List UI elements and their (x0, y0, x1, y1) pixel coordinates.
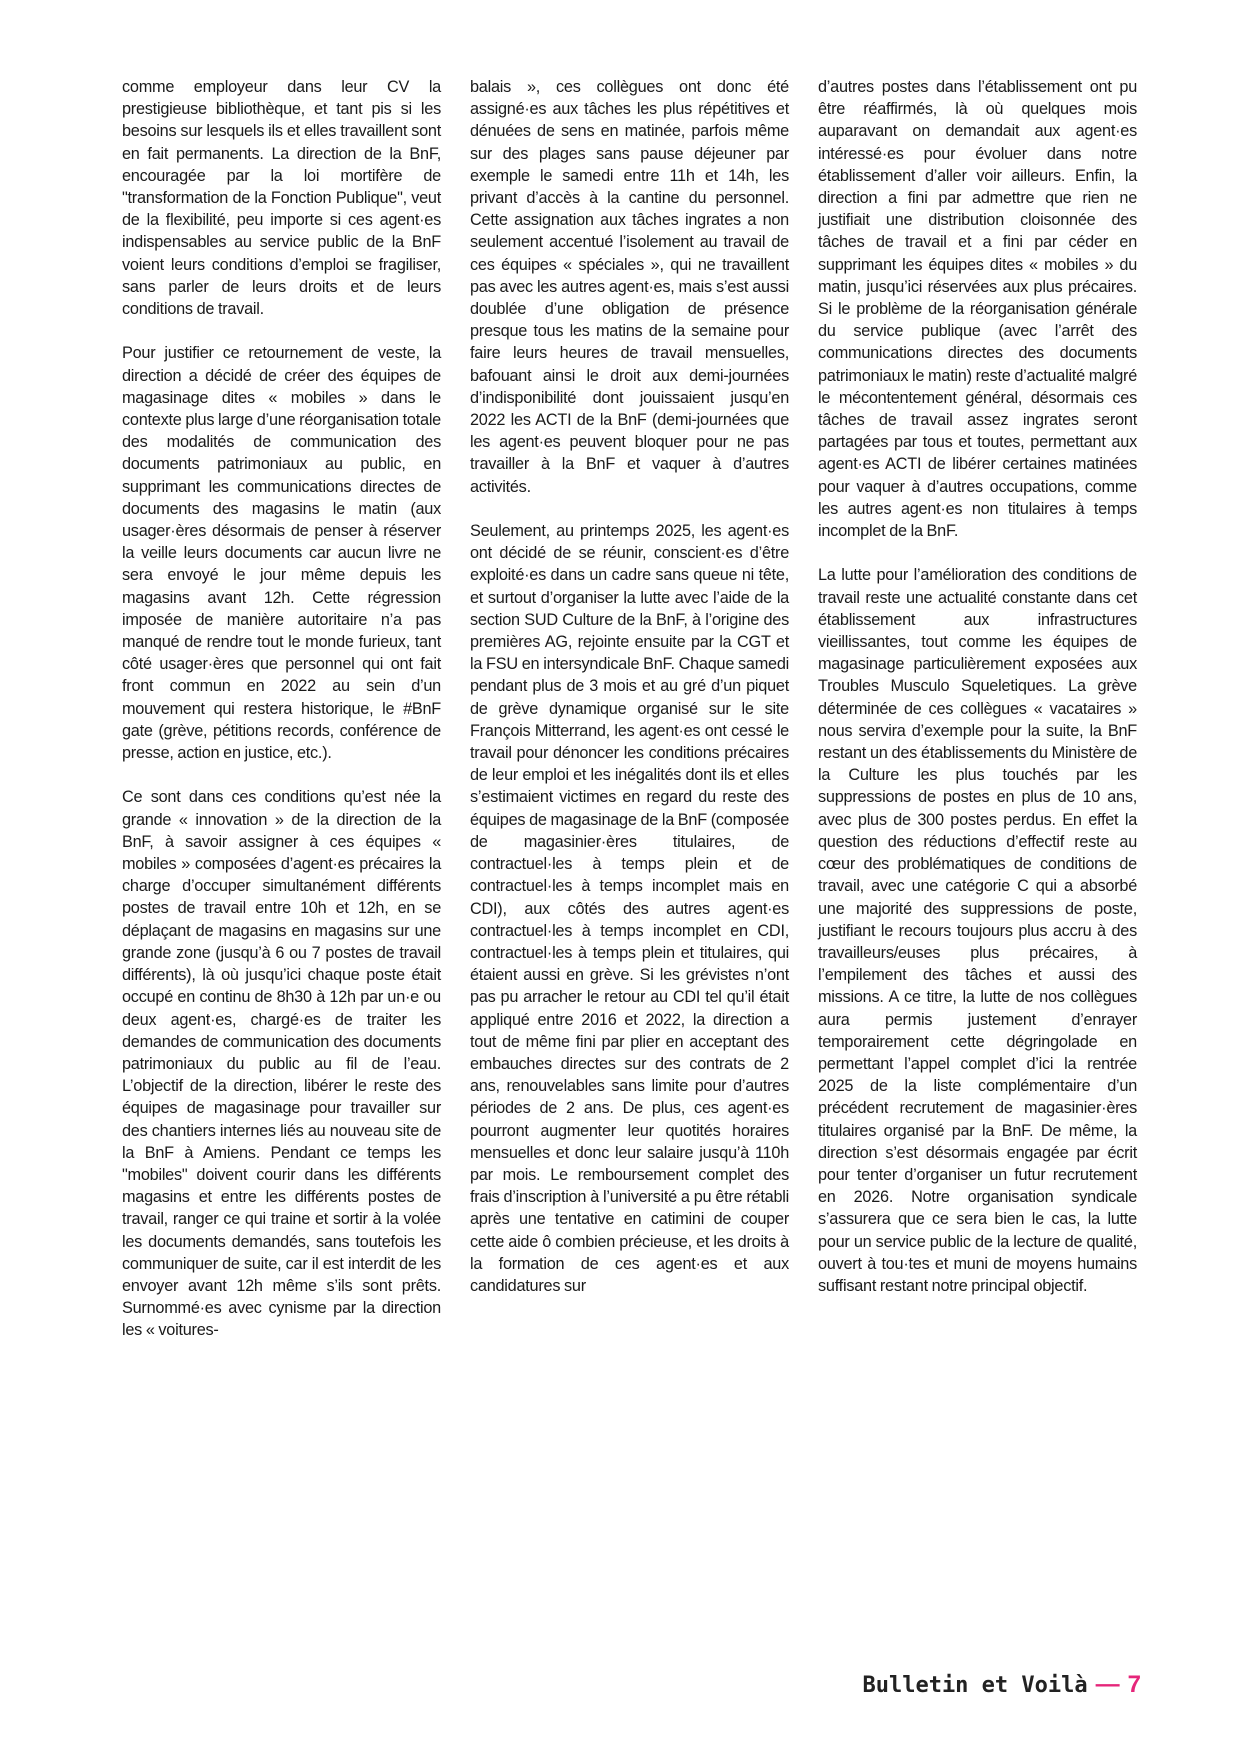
footer-dash: — (1096, 1671, 1120, 1699)
publication-title: Bulletin et Voilà (862, 1673, 1087, 1698)
page-footer: Bulletin et Voilà — 7 (862, 1671, 1141, 1699)
column-3: d’autres postes dans l’établissement ont… (818, 76, 1137, 1364)
paragraph: La lutte pour l’amélioration des conditi… (818, 564, 1137, 1297)
paragraph: Seulement, au printemps 2025, les agent·… (470, 520, 789, 1297)
paragraph: comme employeur dans leur CV la prestigi… (122, 76, 441, 320)
paragraph: balais », ces collègues ont donc été ass… (470, 76, 789, 498)
paragraph: Ce sont dans ces conditions qu’est née l… (122, 786, 441, 1341)
column-1: comme employeur dans leur CV la prestigi… (122, 76, 441, 1364)
page-number: 7 (1128, 1671, 1141, 1699)
article-body: comme employeur dans leur CV la prestigi… (122, 76, 1137, 1364)
column-2: balais », ces collègues ont donc été ass… (470, 76, 789, 1364)
paragraph: Pour justifier ce retournement de veste,… (122, 342, 441, 764)
paragraph: d’autres postes dans l’établissement ont… (818, 76, 1137, 542)
